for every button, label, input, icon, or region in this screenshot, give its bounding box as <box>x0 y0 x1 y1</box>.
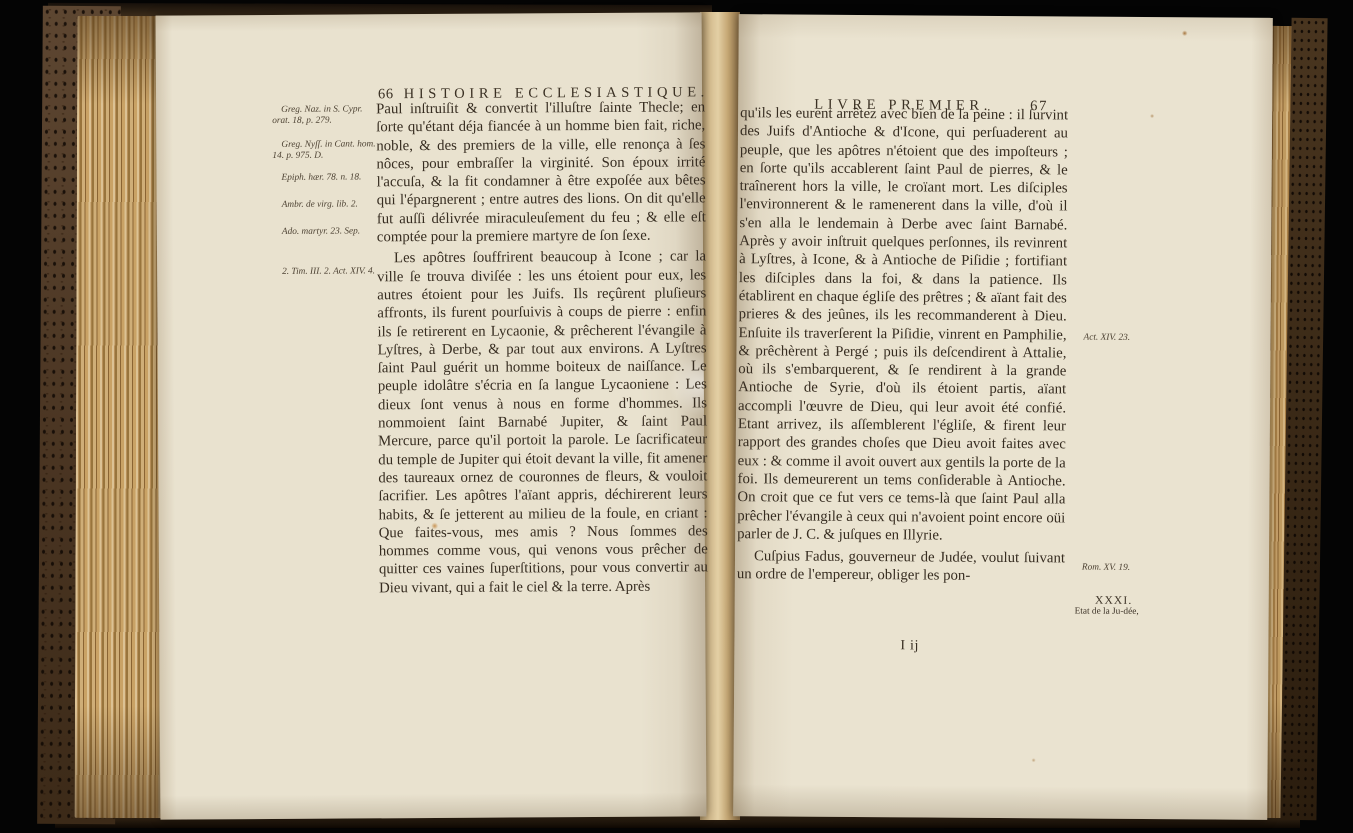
page-fore-edge-left <box>75 16 170 818</box>
right-text-block: qu'ils les eurent arrêtez avec bien de l… <box>737 104 1068 586</box>
margin-note: Ambr. de virg. lib. 2. <box>273 199 379 211</box>
margin-note: Act. XIV. 23. <box>1075 332 1159 344</box>
margin-note: Greg. Nyſſ. in Cant. hom. 14. p. 975. D. <box>272 139 378 162</box>
left-page: 66HISTOIRE ECCLESIASTIQUE. Greg. Naz. in… <box>156 12 707 819</box>
paragraph: Cuſpius Fadus, gouverneur de Judée, voul… <box>737 547 1065 586</box>
book-photo: 66HISTOIRE ECCLESIASTIQUE. Greg. Naz. in… <box>0 0 1353 833</box>
right-page: LIVRE PREMIER. 67 qu'ils les eurent arrê… <box>733 14 1273 820</box>
margin-note: 2. Tim. III. 2. Act. XIV. 4. <box>273 266 379 278</box>
section-title: Etat de la Ju-dée, <box>1069 606 1159 618</box>
margin-note: Rom. XV. 19. <box>1073 562 1157 574</box>
margin-note: Ado. martyr. 23. Sep. <box>273 226 379 238</box>
margin-note: Epiph. hær. 78. n. 18. <box>273 172 379 184</box>
paragraph: Paul inſtruiſit & convertit l'illuſtre ſ… <box>376 98 706 246</box>
left-text-block: Paul inſtruiſit & convertit l'illuſtre ſ… <box>376 98 708 597</box>
section-number: XXXI. <box>1069 594 1159 607</box>
paragraph: qu'ils les eurent arrêtez avec bien de l… <box>737 104 1068 545</box>
paragraph: Les apôtres ſouffrirent beaucoup à Icone… <box>377 248 708 598</box>
gathering-signature: I ij <box>900 638 919 654</box>
section-margin-note: XXXI. Etat de la Ju-dée, <box>1069 594 1159 618</box>
margin-note: Greg. Naz. in S. Cypr. orat. 18, p. 279. <box>272 104 378 127</box>
